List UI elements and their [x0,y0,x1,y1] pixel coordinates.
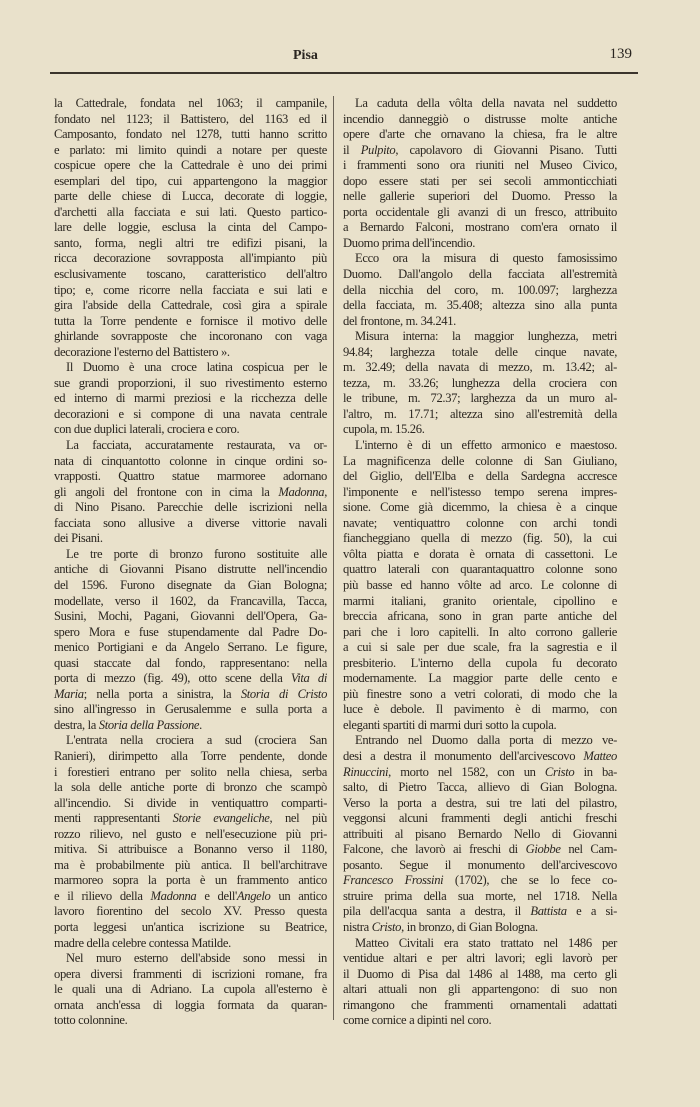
text-line: modernamente. La maggior parte delle cen… [343,671,617,687]
text-line: della nicchia del coro, m. 100.097; larg… [343,283,617,299]
italic-term: Maria [54,687,84,701]
text-line: totto colonnine. [54,1013,327,1029]
text-line: ventidue altari e per altri lavori; egli… [343,951,617,967]
text-line: del Giglio, dell'Elba e della Sardegna a… [343,469,617,485]
text-line: ma è probabilmente più antica. Il bell'a… [54,858,327,874]
text-line: 94.84; larghezza totale delle cinque nav… [343,345,617,361]
text-line: desi a destra il monumento dell'arcivesc… [343,749,617,765]
text-line: pari che i loro capitelli. In alto corro… [343,625,617,641]
text-line: Francesco Frossini (1702), che se lo fec… [343,873,617,889]
text-line: l'altro, m. 17.71; altezza sino all'estr… [343,407,617,423]
text-line: posanto. Segue il monumento dell'arcives… [343,858,617,874]
text-line: Entrando nel Duomo dalla porta di mezzo … [343,733,617,749]
text-line: Il Duomo è una croce latina cospicua per… [54,360,327,376]
text-line: quattro laterali con quarantaquattro col… [343,562,617,578]
text-line: dei Pisani. [54,531,327,547]
text-line: tutta la Torre pendente e fornisce il mo… [54,314,327,330]
running-head-title: Pisa [293,48,318,64]
text-line: l'imponente e nell'istesso tempo serena … [343,485,617,501]
text-line: porta di mezzo (fig. 49), otto scene del… [54,671,327,687]
text-line: ghirlande sovrapposte che incoronano con… [54,329,327,345]
text-line: parte delle chiese di Lucca, decorate di… [54,189,327,205]
text-line: la Cattedrale, fondata nel 1063; il camp… [54,96,327,112]
text-line: destra, la Storia della Passione. [54,718,327,734]
text-line: Nel muro esterno dell'abside sono messi … [54,951,327,967]
text-line: fiancheggiano quella di mezzo (fig. 50),… [343,531,617,547]
page-number: 139 [610,46,633,63]
text-line: cospicue opere che la Cattedrale è uno d… [54,158,327,174]
text-line: La magnificenza delle colonne di San Giu… [343,454,617,470]
text-line: all'incendio. Si divide in ventiquattro … [54,796,327,812]
text-line: Duomo. Dall'angolo della facciata all'es… [343,267,617,283]
text-line: antiche di Giovanni Pisano distrutte nel… [54,562,327,578]
italic-term: Pulpito [361,143,396,157]
text-line: breccia africana, sono in gran parte ant… [343,609,617,625]
text-line: fondato nel 1123; il Battistero, del 116… [54,112,327,128]
text-line: salto, di Pietro Tacca, allievo di Gian … [343,780,617,796]
page-header: Pisa 139 [50,46,670,76]
text-line: Rinuccini, morto nel 1582, con un Cristo… [343,765,617,781]
text-line: Maria; nella porta a sinistra, la Storia… [54,687,327,703]
italic-term: Storia di Cristo [241,687,327,701]
text-line: luce è debole. Il pavimento è di marmo, … [343,702,617,718]
text-line: decorazioni e si compone di una navata c… [54,407,327,423]
text-line: vôlta piatta e dorata è ornata di casset… [343,547,617,563]
text-line: porta occidentale gli avanzi di un fresc… [343,205,617,221]
text-line: lare delle loggie, esclusa la cinta del … [54,220,327,236]
text-line: sione. Come già dicemmo, la chiesa è a c… [343,500,617,516]
text-line: nata di cinquantotto colonne in cinque o… [54,454,327,470]
text-line: menico Portigiani e da Angelo Serrano. L… [54,640,327,656]
text-line: incendio danneggiò o distrusse molte ant… [343,112,617,128]
italic-term: Giobbe [526,842,561,856]
text-line: e parlato: mi limito quindi a notare per… [54,143,327,159]
text-line: eleganti spartiti di marmi duri sotto la… [343,718,617,734]
text-line: opera diversi frammenti di iscrizioni ro… [54,967,327,983]
text-line: più basse ed hanno vôlte ad arco. Le col… [343,578,617,594]
italic-term: Storie evangeliche [173,811,270,825]
text-line: porta leggesi un'antica iscrizione su Be… [54,920,327,936]
text-line: d'archetti alla facciata e sui lati. Que… [54,205,327,221]
text-line: Falcone, che lavorò ai freschi di Giobbe… [343,842,617,858]
text-line: decorazione l'esterno del Battistero ». [54,345,327,361]
text-line: cupola, m. 15.26. [343,422,617,438]
text-line: sino all'ingresso in Gerusalemme e sulla… [54,702,327,718]
text-line: il Duomo di Pisa dal 1486 al 1488, ma ce… [343,967,617,983]
italic-term: Battista [530,904,566,918]
text-line: Ecco ora la misura di questo famosissimo [343,251,617,267]
text-line: esclusivamente toscano, caratteristico d… [54,267,327,283]
text-line: altari attuali non gli appartengono: di … [343,982,617,998]
text-line: il Pulpito, capolavoro di Giovanni Pisan… [343,143,617,159]
text-line: del frontone, m. 34.241. [343,314,617,330]
right-text-column: La caduta della vôlta della navata nel s… [343,96,617,1029]
text-line: Misura interna: la maggior lunghezza, me… [343,329,617,345]
italic-term: Madonna [151,889,197,903]
text-line: marmoreo sopra la porta è un frammento a… [54,873,327,889]
text-line: a Bernardo Falconi, mostrano com'era orn… [343,220,617,236]
header-rule [50,72,638,74]
text-line: gli angoli del frontone con in cima la M… [54,485,327,501]
text-line: tipo; e, come ricorre nella facciata e s… [54,283,327,299]
text-line: i forestieri entrano per solito nella ch… [54,765,327,781]
text-line: rozzo rilievo, nel gusto e nell'esecuzio… [54,827,327,843]
text-line: santo, forma, negli altri tre edifizi pi… [54,236,327,252]
text-line: L'entrata nella crociera a sud (crociera… [54,733,327,749]
text-line: marmi italiani, granito orientale, cipol… [343,594,617,610]
text-line: a cui si sale per due scale, fra la sagr… [343,640,617,656]
text-line: facciata sono allusive a diverse vittori… [54,516,327,532]
text-line: L'interno è di un effetto armonico e mae… [343,438,617,454]
text-line: nistra Cristo, in bronzo, di Gian Bologn… [343,920,617,936]
text-line: nelle gallerie superiori del Duomo. Pres… [343,189,617,205]
text-line: di Nino Pisano. Parecchie delle iscrizio… [54,500,327,516]
text-line: quasi staccate dal fondo, rappresentano:… [54,656,327,672]
text-line: del 1596. Furono disegnate da Gian Bolog… [54,578,327,594]
text-line: con due duplici laterali, crociera e cor… [54,422,327,438]
italic-term: Cristo [545,765,574,779]
text-line: pila dell'acqua santa a destra, il Batti… [343,904,617,920]
italic-term: Matteo [583,749,617,763]
text-line: tezza, m. 33.26; lunghezza della crocier… [343,376,617,392]
text-line: Ranieri), dirimpetto alla Torre pendente… [54,749,327,765]
text-line: gira l'abside della Cattedrale, così gir… [54,298,327,314]
text-line: Duomo prima dell'incendio. [343,236,617,252]
italic-term: Angelo [237,889,271,903]
text-line: ornata anch'essa di loggia formata da qu… [54,998,327,1014]
text-line: m. 32.49; della navata di mezzo, m. 13.4… [343,360,617,376]
italic-term: Storia della Passione [99,718,199,732]
text-line: menti rappresentanti Storie evangeliche,… [54,811,327,827]
text-line: Le tre porte di bronzo furono sostituite… [54,547,327,563]
text-line: esemplari del tipo, cui appartengono la … [54,174,327,190]
text-line: attribuiti al pisano Bernardo Nello di G… [343,827,617,843]
text-line: più finestre sono a vetri colorati, di m… [343,687,617,703]
text-line: le quali una di Adriano. La cupola all'e… [54,982,327,998]
text-line: lavoro fiorentino del secolo XV. Presso … [54,904,327,920]
text-line: La facciata, accuratamente restaurata, v… [54,438,327,454]
left-text-column: la Cattedrale, fondata nel 1063; il camp… [54,96,327,1029]
text-line: opere d'arte che ornavano la chiesa, fra… [343,127,617,143]
italic-term: Cristo [372,920,401,934]
text-line: i frammenti sono ora riuniti nel Museo C… [343,158,617,174]
text-line: della facciata, m. 35.408; altezza sino … [343,298,617,314]
column-divider [333,96,334,1020]
text-line: mitiva. Si attribuisce a Bonanno verso i… [54,842,327,858]
text-line: presbiterio. L'interno della cupola fu d… [343,656,617,672]
text-line: le tribune, m. 72.37; larghezza da un mu… [343,391,617,407]
text-line: madre della celebre contessa Matilde. [54,936,327,952]
text-line: spero Mora e fuse stupendamente dal Padr… [54,625,327,641]
text-line: rimangono che frammenti ornamentali adat… [343,998,617,1014]
italic-term: Francesco Frossini [343,873,443,887]
text-line: navate; ventiquattro colonne con archi t… [343,516,617,532]
text-line: Matteo Civitali era stato trattato nel 1… [343,936,617,952]
text-line: ricca decorazione sovrapposta all'impian… [54,251,327,267]
text-line: modellate, verso il 1602, da Francavilla… [54,594,327,610]
text-line: veggonsi alcuni frammenti degli antichi … [343,811,617,827]
text-line: Susini, Mochi, Pagani, Giovanni dell'Ope… [54,609,327,625]
italic-term: Vita di [291,671,327,685]
text-line: Verso la porta a destra, sui tre lati de… [343,796,617,812]
text-line: sue grandi proporzioni, il suo rivestime… [54,376,327,392]
text-line: vrapposti. Quattro statue marmoree adorn… [54,469,327,485]
text-line: struire prima della sua morte, nel 1718.… [343,889,617,905]
text-line: come cornice a dipinti nel coro. [343,1013,617,1029]
text-line: la sola delle antiche porte di bronzo ch… [54,780,327,796]
italic-term: Rinuccini [343,765,388,779]
text-line: La caduta della vôlta della navata nel s… [343,96,617,112]
text-line: e il rilievo della Madonna e dell'Angelo… [54,889,327,905]
text-line: ed interno di marmi preziosi e la ricche… [54,391,327,407]
text-line: Camposanto, fondato nel 1278, tutti hann… [54,127,327,143]
text-line: dopo essere stati per sei secoli ammonti… [343,174,617,190]
italic-term: Madonna [278,485,324,499]
